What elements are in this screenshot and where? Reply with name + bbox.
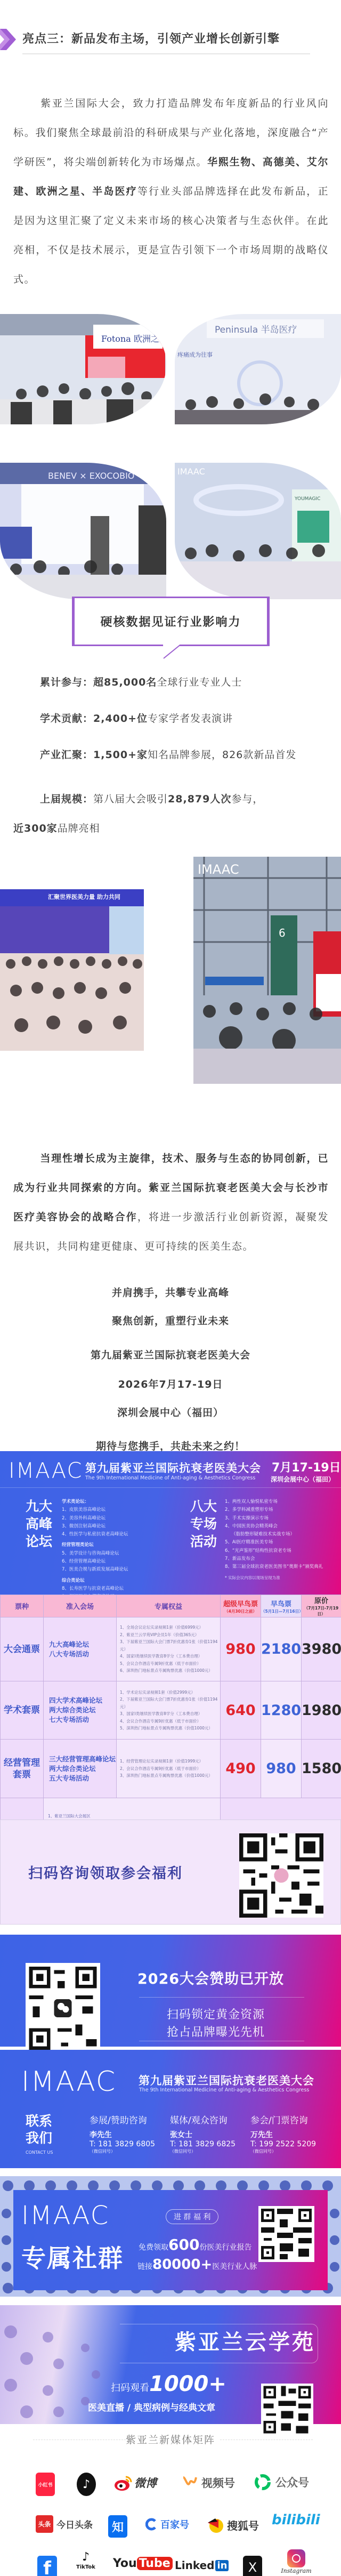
sponsor-line-2: 抢占品牌曝光先机	[167, 2023, 265, 2040]
slogan-line-2: 聚焦创新，重塑行业未来	[0, 1313, 341, 1327]
svg-text:IMAAC: IMAAC	[198, 862, 239, 877]
events-heading: 八大专场活动	[190, 1498, 217, 1550]
instagram-icon[interactable]: Instagram	[279, 2549, 314, 2574]
intro-paragraph: 紫亚兰国际大会，致力打造品牌发布年度新品的行业风向标。我们聚焦全球最前沿的科研成…	[13, 89, 329, 294]
photo-benev-booth: BENEV × EXOCOBIO	[0, 463, 166, 599]
academy-banner: 紫亚兰云学苑 扫码观看1000+ 医美直播 / 典型病例与经典文章	[0, 2305, 341, 2424]
youtube-icon[interactable]: YouTube	[113, 2557, 173, 2570]
community-qr-code[interactable]	[258, 2206, 314, 2262]
chevron-right-icon	[0, 29, 16, 50]
photo-exhibition-hall: IMAAC 6	[193, 857, 341, 1084]
photo-forum-audience: 汇聚世界医美力量 助力共同	[0, 889, 144, 1051]
congress-title-en: The 9th International Medicine of Anti-a…	[85, 1475, 255, 1481]
divider	[220, 2440, 313, 2440]
sponsor-banner: 2026大会赞助已开放 扫码锁定黄金资源 抢占品牌曝光先机	[0, 1935, 341, 2047]
congress-banner: IMAAC 第九届紫亚兰国际抗衰老医美大会 The 9th Internatio…	[0, 1451, 341, 1596]
zhihu-icon[interactable]: 知	[108, 2515, 127, 2538]
congress-date: 7月17-19日	[272, 1459, 341, 1475]
divider	[139, 2041, 304, 2041]
disclaimer-note: * 实际会议内容以现场呈现为准	[225, 1575, 280, 1581]
tiktok-icon[interactable]: ♪ TikTok	[75, 2550, 97, 2570]
closing-paragraph: 当理性增长成为主旋律，技术、服务与生态的协同创新，已成为行业共同探索的方向。紫亚…	[13, 1144, 329, 1261]
imaac-logo: IMAAC	[21, 2201, 109, 2231]
header-super-early: 超级早鸟票（4月30日之前）	[221, 1595, 261, 1617]
table-header: 票种 准入会场 专属权益 超级早鸟票（4月30日之前） 早鸟票（5月1日—7月1…	[1, 1595, 341, 1617]
svg-text:6: 6	[279, 927, 286, 939]
header-access: 准入会场	[44, 1595, 117, 1617]
group-benefits-pill: 进 群 福 利	[166, 2209, 218, 2224]
forums-heading: 九大高峰论坛	[26, 1498, 52, 1550]
event-date: 2026年7月17-19日	[0, 1376, 341, 1391]
photo-imaac-hall: IMAAC YOUMAGIC	[175, 463, 341, 599]
contact-heading: 联系我们	[26, 2113, 52, 2147]
divider	[0, 1487, 341, 1488]
svg-text:IMAAC: IMAAC	[177, 466, 205, 477]
forum-list: 学术类论坛： 1、皮肤美容高峰论坛 2、美容外科高峰论坛 3、微创注射高峰论坛 …	[62, 1498, 128, 1601]
divider	[139, 1997, 304, 1998]
sponsor-qr-code[interactable]	[26, 1963, 100, 2054]
header-early: 早鸟票（5月1日—7月16日）	[261, 1595, 302, 1617]
imaac-logo: IMAAC	[9, 1459, 83, 1483]
header-regular: 原价（7月17日-7月19日）	[302, 1595, 341, 1617]
weibo-icon[interactable]: 微博	[114, 2474, 157, 2492]
sohu-icon[interactable]: 搜狐号	[207, 2516, 259, 2533]
stat-last-edition: 上届规模：第八届大会吸引28,879人次参与，近300家品牌亮相	[13, 785, 329, 843]
table-row: 大会通票 九大高峰论坛八大专场活动 1、全场会议论坛实录视频1套（价值6999元…	[1, 1617, 341, 1681]
stat-participants: 累计参与：超85,000名全球行业专业人士	[13, 668, 329, 697]
section-heading: 亮点三：新品发布主场，引领产业增长创新引擎	[0, 21, 341, 55]
svg-text:BENEV × EXOCOBIO: BENEV × EXOCOBIO	[48, 471, 134, 481]
sponsor-line-1: 扫码锁定黄金资源	[167, 2006, 265, 2022]
consult-qr-code[interactable]	[239, 1833, 323, 1918]
svg-text:汇聚世界医美力量 助力共同: 汇聚世界医美力量 助力共同	[48, 893, 120, 900]
contact-card-tickets: 参会/门票咨询 万先生 T: 199 2522 5209 （微信同号）	[250, 2113, 330, 2154]
xiaohongshu-icon[interactable]: 小红书	[36, 2473, 55, 2496]
community-banner: IMAAC 专属社群 进 群 福 利 免费领取600份医美行业报告 链接8000…	[0, 2176, 341, 2297]
academy-line-1: 扫码观看1000+	[111, 2372, 226, 2396]
academy-qr-code[interactable]	[261, 2384, 313, 2436]
events-list: 1、两性双人愉悦私密专场 2、多学科减重塑形专场 3、手术实操演示专场 4、中国…	[225, 1498, 323, 1572]
sponsor-title: 2026大会赞助已开放	[137, 1967, 284, 1988]
svg-text:YOUMAGIC: YOUMAGIC	[294, 496, 320, 502]
community-line-2: 链接80000+医美行业人脉	[137, 2257, 257, 2273]
facebook-icon[interactable]: f	[37, 2556, 57, 2576]
slogan-line-1: 并肩携手，共攀专业高峰	[0, 1285, 341, 1299]
consult-caption: 扫码咨询领取参会福利	[28, 1862, 183, 1882]
contact-banner: IMAAC 第九届紫亚兰国际抗衰老医美大会 The 9th Internatio…	[0, 2050, 341, 2168]
imaac-logo: IMAAC	[21, 2066, 116, 2098]
academy-title: 紫亚兰云学苑	[175, 2325, 315, 2356]
x-twitter-icon[interactable]: X	[243, 2556, 262, 2576]
event-venue: 深圳会展中心（福田）	[0, 1405, 341, 1419]
bilibili-icon[interactable]: bilibili	[272, 2512, 320, 2528]
pricing-table: 票种 准入会场 专属权益 超级早鸟票（4月30日之前） 早鸟票（5月1日—7月1…	[0, 1595, 341, 1856]
header-benefits: 专属权益	[117, 1595, 221, 1617]
wechat-channels-icon[interactable]: 视频号	[182, 2475, 235, 2491]
table-row: 学术套票 四大学术高峰论坛两大综合类论坛七大专场活动 1、学术论坛实录视频1套（…	[1, 1681, 341, 1740]
callout-tail-icon	[163, 645, 184, 659]
contact-title-en: The 9th International Medicine of Anti-a…	[139, 2087, 309, 2093]
contact-card-exhibit: 参展/赞助咨询 李先生 T: 181 3829 6805 （微信同号）	[90, 2113, 164, 2154]
stats-heading: 硬核数据见证行业影响力	[100, 613, 241, 630]
congress-title-cn: 第九届紫亚兰国际抗衰老医美大会	[85, 1460, 261, 1476]
linkedin-icon[interactable]: Linkedin	[175, 2559, 229, 2572]
congress-venue: 深圳会展中心（福田）	[271, 1475, 335, 1484]
academy-line-2: 医美直播 / 典型病例与经典文章	[88, 2400, 215, 2413]
stat-industry: 产业汇聚：1,500+家知名品牌参展，826款新品首发	[13, 740, 329, 770]
paragraph-tail: 等行业头部品牌选择在此发布新品，正是因为这里汇聚了定义未来市场的核心决策者与生态…	[13, 186, 329, 285]
svg-text:疼痛成为往事: 疼痛成为往事	[177, 351, 213, 358]
consult-panel: 扫码咨询领取参会福利	[0, 1820, 341, 1925]
contact-title-cn: 第九届紫亚兰国际抗衰老医美大会	[139, 2072, 314, 2088]
baijiahao-icon[interactable]: 百家号	[145, 2517, 189, 2531]
table-row: 经营管理套票 三大经营管理高峰论坛两大综合类论坛五大专场活动 1、经营管理论坛实…	[1, 1740, 341, 1798]
community-line-1: 免费领取600份医美行业报告	[139, 2236, 251, 2253]
stats-heading-box: 硬核数据见证行业影响力	[72, 597, 270, 646]
header-ticket-type: 票种	[1, 1595, 44, 1617]
wechat-official-account-icon[interactable]: 公众号	[254, 2474, 309, 2491]
douyin-icon[interactable]: ♪	[77, 2473, 96, 2496]
toutiao-icon[interactable]: 头条 今日头条	[36, 2515, 93, 2533]
svg-text:Fotona 欧洲之星: Fotona 欧洲之星	[101, 334, 166, 344]
photo-peninsula-booth: Peninsula 半岛医疗 疼痛成为往事	[175, 314, 341, 424]
stat-academic: 学术贡献：2,400+位专家学者发表演讲	[13, 704, 329, 734]
invitation-line: 期待与您携手，共赴未来之约！	[0, 1438, 341, 1453]
community-card: IMAAC 专属社群 进 群 福 利 免费领取600份医美行业报告 链接8000…	[13, 2190, 328, 2290]
community-title: 专属社群	[21, 2239, 124, 2274]
contact-heading-en: CONTACT US	[26, 2150, 53, 2155]
contact-card-media: 媒体/观众咨询 张女士 T: 181 3829 6825 （微信同号）	[170, 2113, 245, 2154]
section-title: 亮点三：新品发布主场，引领产业增长创新引擎	[22, 30, 280, 46]
photo-fotona-booth: Fotona 欧洲之星	[0, 314, 166, 424]
divider	[22, 53, 310, 54]
svg-text:Peninsula 半岛医疗: Peninsula 半岛医疗	[215, 325, 297, 335]
event-name: 第九届紫亚兰国际抗衰老医美大会	[0, 1347, 341, 1362]
